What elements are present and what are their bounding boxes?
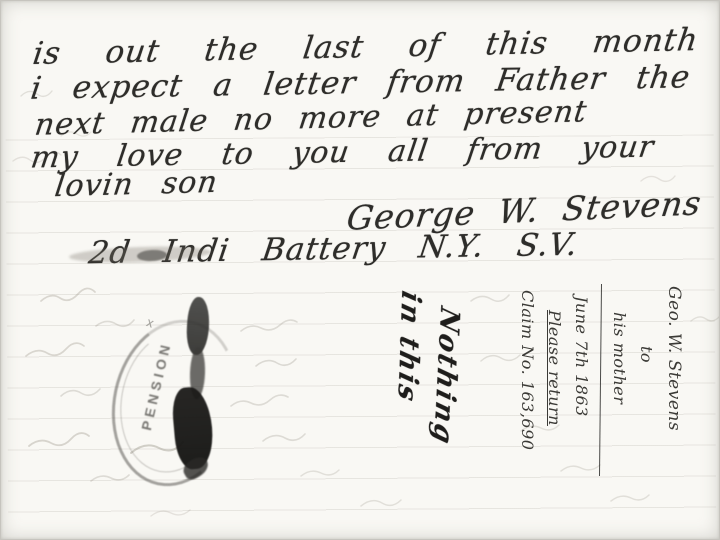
docket-date: June 7th 1863 (568, 296, 595, 522)
docket-claim-number: Claim No. 163,690 (514, 290, 541, 522)
docket-return-note: Please return (541, 310, 568, 522)
bold-note-rotated: Nothing in this (367, 287, 476, 534)
docket-block-rotated: Geo. W. Stevens to his mother June 7th 1… (475, 282, 687, 522)
docket-party-mother: his mother (606, 312, 633, 522)
letter-scan-page: is out the last of this month i expect a… (0, 0, 720, 540)
docket-divider-line (599, 284, 602, 476)
docket-party-name: Geo. W. Stevens (660, 286, 687, 522)
letter-line-5: lovin son (53, 165, 220, 204)
docket-party-to: to (633, 346, 660, 522)
